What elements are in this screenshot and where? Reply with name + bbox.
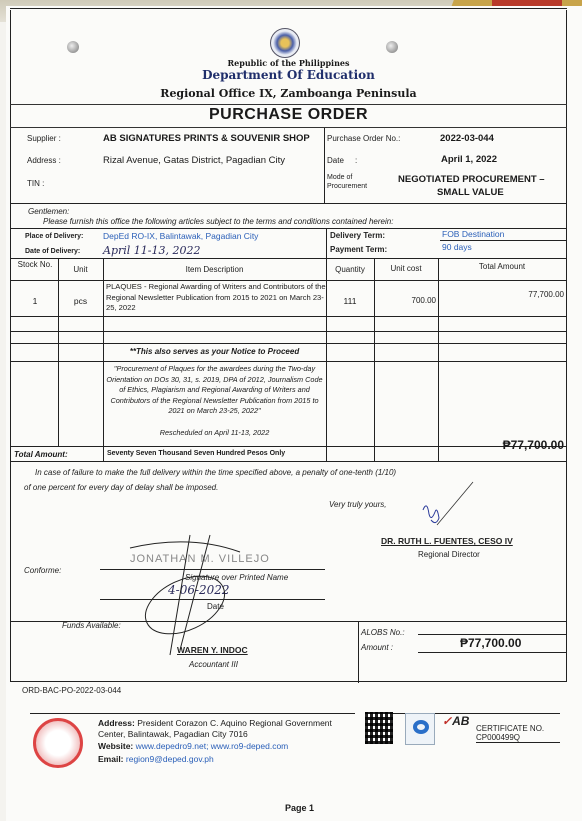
divider: [10, 104, 567, 105]
alobs-label: ALOBS No.:: [361, 628, 405, 637]
deped-region-logo-icon: [33, 718, 83, 768]
date-of-delivery-value: April 11-13, 2022: [103, 244, 200, 257]
address-value-2: Center, Balintawak, Pagadian City 7016: [98, 729, 248, 739]
director-position: Regional Director: [418, 550, 480, 559]
total-amount-value: ₱77,700.00: [440, 438, 564, 452]
item-total: 77,700.00: [438, 290, 564, 299]
col-header-description: Item Description: [103, 265, 326, 274]
amount-line: [418, 652, 566, 653]
divider: [10, 258, 567, 259]
department-name: Department Of Education: [10, 68, 567, 82]
col-divider: [374, 258, 375, 462]
delivery-term-label: Delivery Term:: [330, 231, 385, 240]
payment-term-value: 90 days: [442, 242, 472, 252]
jab-logo-icon: ✓AB: [442, 714, 469, 728]
email-link[interactable]: region9@deped.gov.ph: [126, 754, 214, 764]
conforme-label: Conforme:: [24, 566, 61, 575]
date-of-delivery-label: Date of Delivery:: [25, 248, 80, 255]
total-amount-label: Total Amount:: [14, 450, 68, 459]
republic-line: Republic of the Philippines: [10, 58, 567, 68]
mode-value-2: SMALL VALUE: [437, 187, 504, 198]
item-description: PLAQUES - Regional Awarding of Writers a…: [106, 282, 326, 314]
footer-address: Address: President Corazon C. Aquino Reg…: [98, 717, 363, 729]
po-number-value: 2022-03-044: [440, 133, 494, 144]
col-header-stock: Stock No.: [12, 260, 58, 270]
divider: [10, 331, 567, 332]
footer-email: Email: region9@deped.gov.ph: [98, 754, 214, 764]
date-label: Date: [327, 156, 344, 165]
place-of-delivery-value: DepEd RO-IX, Balintawak, Pagadian City: [103, 231, 258, 241]
col-header-unit: Unit: [58, 265, 103, 274]
cert-underline: [476, 742, 560, 743]
mode-value: NEGOTIATED PROCUREMENT –: [398, 174, 545, 185]
divider: [10, 280, 567, 281]
divider: [324, 128, 325, 203]
accountant-name: WAREN Y. INDOC: [177, 645, 248, 655]
website-label: Website:: [98, 741, 133, 751]
date-colon: :: [355, 156, 357, 165]
divider: [10, 203, 567, 204]
conforme-signature-icon: [110, 530, 250, 660]
page-title: PURCHASE ORDER: [10, 106, 567, 124]
divider: [326, 228, 327, 258]
payment-term-label: Payment Term:: [330, 245, 387, 254]
iso-certification-icon: [405, 713, 435, 745]
penalty-line-2: of one percent for every day of delay sh…: [24, 483, 218, 492]
place-of-delivery-label: Place of Delivery:: [25, 233, 83, 240]
divider: [358, 621, 359, 683]
page-number: Page 1: [285, 803, 314, 813]
director-name: DR. RUTH L. FUENTES, CESO IV: [381, 536, 513, 546]
accountant-position: Accountant III: [189, 660, 238, 669]
date-value: April 1, 2022: [441, 154, 497, 165]
col-header-total-amount: Total Amount: [438, 262, 566, 271]
mode-label: Mode of: [327, 174, 352, 181]
penalty-line-1: In case of failure to make the full deli…: [35, 468, 396, 477]
address-value: President Corazon C. Aquino Regional Gov…: [137, 718, 332, 728]
divider: [10, 361, 567, 362]
rescheduled-text: Rescheduled on April 11-13, 2022: [104, 428, 325, 437]
supplier-value: AB SIGNATURES PRINTS & SOUVENIR SHOP: [103, 133, 310, 144]
divider: [10, 127, 567, 128]
regional-office: Regional Office IX, Zamboanga Peninsula: [10, 87, 567, 100]
delivery-term-value: FOB Destination: [442, 229, 504, 239]
director-signature-icon: [415, 480, 475, 535]
col-divider: [58, 258, 59, 446]
divider: [10, 343, 567, 344]
total-amount-words: Seventy Seven Thousand Seven Hundred Pes…: [107, 450, 285, 457]
amount-value: ₱77,700.00: [460, 636, 521, 650]
divider: [10, 461, 567, 462]
punch-hole-icon: [67, 41, 79, 53]
item-stock-no: 1: [12, 296, 58, 306]
instruction-text: Please furnish this office the following…: [43, 217, 393, 226]
form-code: ORD-BAC-PO-2022-03-044: [22, 686, 121, 695]
deped-seal-icon: [270, 28, 300, 58]
item-unit-cost: 700.00: [374, 296, 436, 305]
funds-available-label: Funds Available:: [62, 621, 121, 630]
supplier-label: Supplier :: [27, 134, 61, 143]
item-unit: pcs: [58, 296, 103, 306]
email-label: Email:: [98, 754, 124, 764]
qr-code-icon: [365, 712, 393, 744]
closing-text: Very truly yours,: [329, 500, 387, 509]
col-divider: [326, 258, 327, 462]
tin-label: TIN :: [27, 179, 44, 188]
col-divider: [438, 258, 439, 462]
col-header-quantity: Quantity: [326, 265, 374, 274]
col-header-unit-cost: Unit cost: [374, 264, 438, 273]
certificate-number: CP000499Q: [476, 733, 520, 742]
greeting: Gentlemen:: [28, 207, 69, 216]
purpose-text: "Procurement of Plaques for the awardees…: [104, 364, 325, 417]
address-label: Address :: [27, 156, 61, 165]
divider: [10, 316, 567, 317]
divider: [440, 240, 566, 241]
notice-to-proceed: **This also serves as your Notice to Pro…: [103, 347, 326, 356]
mode-label-2: Procurement: [327, 183, 367, 190]
po-number-label: Purchase Order No.:: [327, 134, 400, 143]
certificate-label: CERTIFICATE NO.: [476, 724, 544, 733]
footer-website: Website: www.depedro9.net; www.ro9-deped…: [98, 741, 288, 751]
footer-divider: [30, 713, 355, 714]
item-quantity: 111: [326, 296, 374, 306]
address-value: Rizal Avenue, Gatas District, Pagadian C…: [103, 155, 285, 166]
amount-label: Amount :: [361, 643, 393, 652]
punch-hole-icon: [386, 41, 398, 53]
website-link[interactable]: www.depedro9.net; www.ro9-deped.com: [136, 741, 289, 751]
address-label: Address:: [98, 718, 135, 728]
alobs-line: [418, 634, 566, 635]
